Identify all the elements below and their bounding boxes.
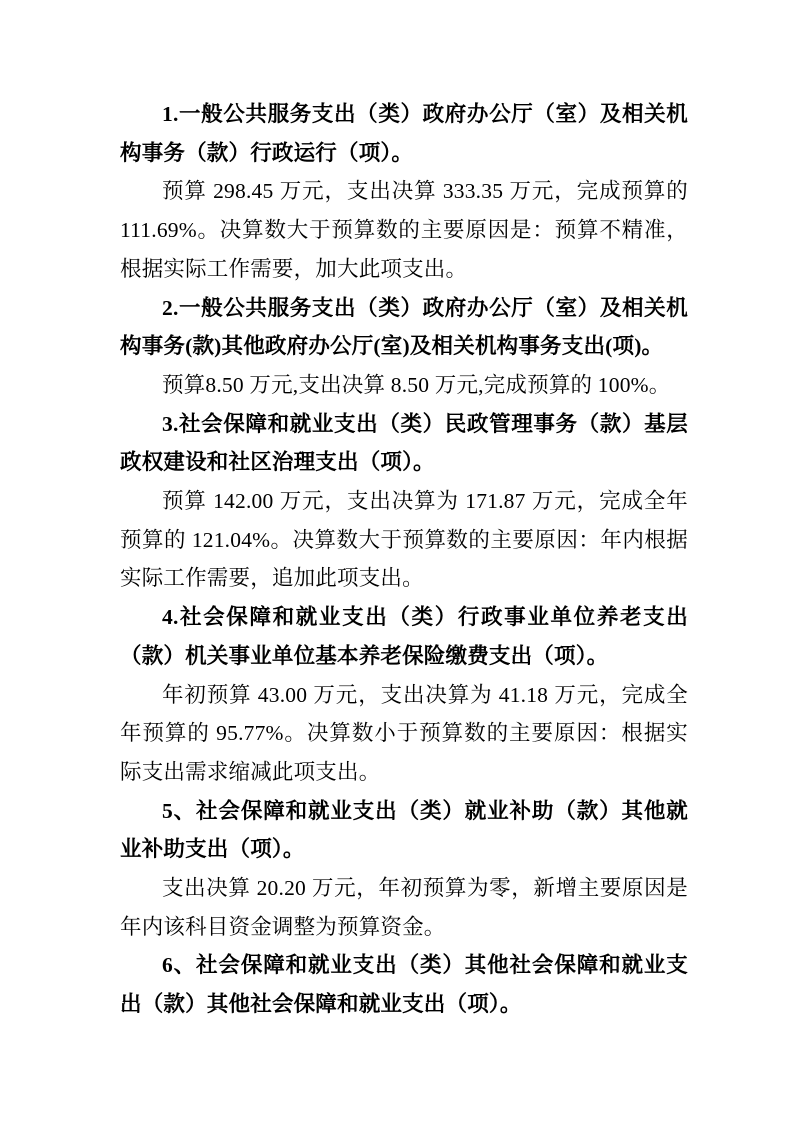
budget-expenditure-text-block: 1.一般公共服务支出（类）政府办公厅（室）及相关机构事务（款）行政运行（项）。 … xyxy=(120,95,688,1024)
section-5-body: 支出决算 20.20 万元，年初预算为零，新增主要原因是年内该科目资金调整为预算… xyxy=(120,869,688,946)
section-5-heading: 5、社会保障和就业支出（类）就业补助（款）其他就业补助支出（项）。 xyxy=(120,792,688,869)
section-3-heading: 3.社会保障和就业支出（类）民政管理事务（款）基层政权建设和社区治理支出（项）。 xyxy=(120,405,688,482)
section-1-body: 预算 298.45 万元，支出决算 333.35 万元，完成预算的 111.69… xyxy=(120,172,688,288)
document-page: 1.一般公共服务支出（类）政府办公厅（室）及相关机构事务（款）行政运行（项）。 … xyxy=(0,0,793,1122)
budget-section-6: 6、社会保障和就业支出（类）其他社会保障和就业支出（款）其他社会保障和就业支出（… xyxy=(120,946,688,1023)
budget-section-5: 5、社会保障和就业支出（类）就业补助（款）其他就业补助支出（项）。 支出决算 2… xyxy=(120,792,688,947)
section-3-body: 预算 142.00 万元，支出决算为 171.87 万元，完成全年预算的 121… xyxy=(120,482,688,598)
section-2-body: 预算8.50 万元,支出决算 8.50 万元,完成预算的 100%。 xyxy=(120,366,688,405)
budget-section-1: 1.一般公共服务支出（类）政府办公厅（室）及相关机构事务（款）行政运行（项）。 … xyxy=(120,95,688,289)
section-2-heading: 2.一般公共服务支出（类）政府办公厅（室）及相关机构事务(款)其他政府办公厅(室… xyxy=(120,289,688,366)
budget-section-3: 3.社会保障和就业支出（类）民政管理事务（款）基层政权建设和社区治理支出（项）。… xyxy=(120,405,688,599)
section-4-heading: 4.社会保障和就业支出（类）行政事业单位养老支出（款）机关事业单位基本养老保险缴… xyxy=(120,598,688,675)
budget-section-2: 2.一般公共服务支出（类）政府办公厅（室）及相关机构事务(款)其他政府办公厅(室… xyxy=(120,289,688,405)
budget-section-4: 4.社会保障和就业支出（类）行政事业单位养老支出（款）机关事业单位基本养老保险缴… xyxy=(120,598,688,792)
section-6-heading: 6、社会保障和就业支出（类）其他社会保障和就业支出（款）其他社会保障和就业支出（… xyxy=(120,946,688,1023)
section-1-heading: 1.一般公共服务支出（类）政府办公厅（室）及相关机构事务（款）行政运行（项）。 xyxy=(120,95,688,172)
section-4-body: 年初预算 43.00 万元，支出决算为 41.18 万元，完成全年预算的 95.… xyxy=(120,676,688,792)
